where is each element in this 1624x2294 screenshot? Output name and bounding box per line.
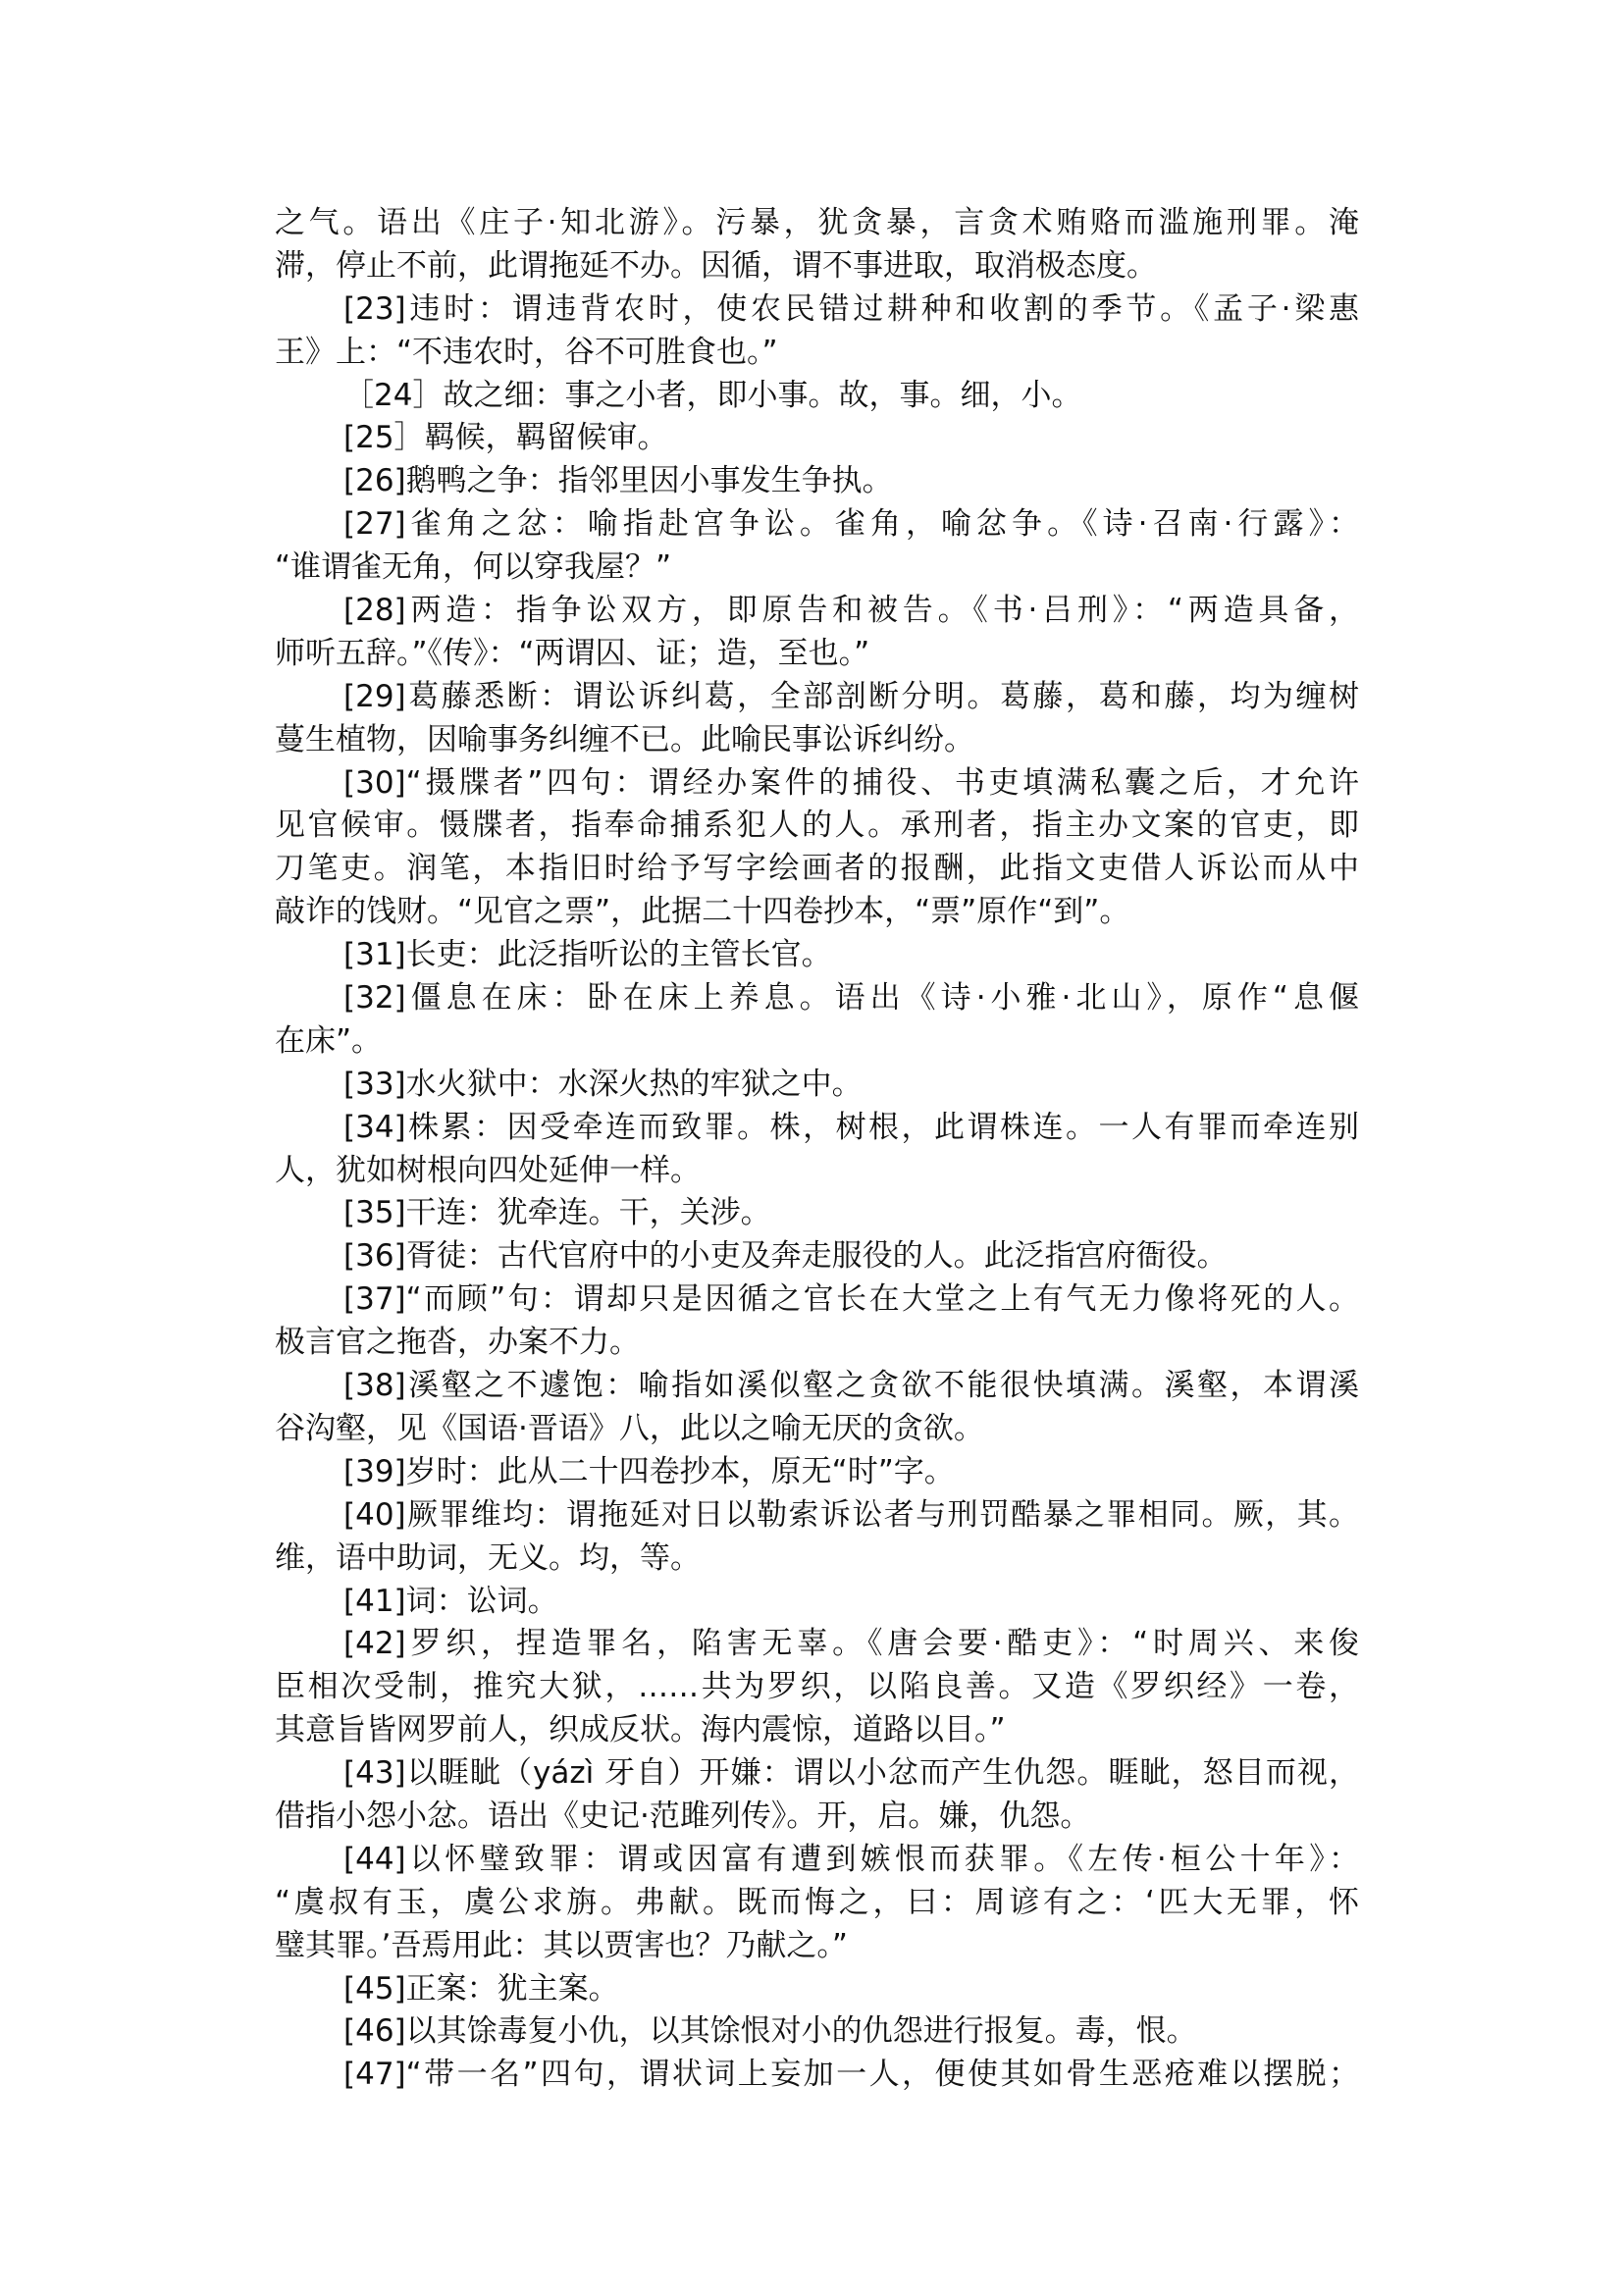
text-line: 敲诈的饯财。“见官之票”，此据二十四卷抄本，“票”原作“到”。 — [275, 891, 1359, 934]
text-line: [37]“而顾”句：谓却只是因循之官长在大堂之上有气无力像将死的人。 — [275, 1278, 1359, 1322]
text-line: [28]两造：指争讼双方，即原告和被告。《书·吕刑》：“两造具备， — [275, 590, 1359, 633]
text-line: “虞叔有玉，虞公求旃。弗献。既而悔之，曰：周谚有之：‘匹大无罪，怀 — [275, 1882, 1359, 1925]
text-line: [23]违时：谓违背农时，使农民错过耕种和收割的季节。《孟子·梁惠 — [275, 288, 1359, 332]
text-line: 借指小怨小忿。语出《史记·范雎列传》。开，启。嫌，仇怨。 — [275, 1796, 1359, 1839]
text-line: [34]株累：因受牵连而致罪。株，树根，此谓株连。一人有罪而牵连别 — [275, 1107, 1359, 1150]
text-line: 其意旨皆网罗前人，织成反状。海内震惊，道路以目。” — [275, 1709, 1359, 1752]
document-page: 之气。语出《庄子·知北游》。污暴，犹贪暴，言贪术贿赂而滥施刑罪。淹滞，停止不前，… — [275, 202, 1359, 2097]
text-line: 蔓生植物，因喻事务纠缠不已。此喻民事讼诉纠纷。 — [275, 719, 1359, 762]
text-line: [39]岁时：此从二十四卷抄本，原无“时”字。 — [275, 1451, 1359, 1494]
text-line: [25］羁候，羁留候审。 — [275, 417, 1359, 460]
text-line: [33]水火狱中：水深火热的牢狱之中。 — [275, 1064, 1359, 1107]
text-line: 极言官之拖沓，办案不力。 — [275, 1322, 1359, 1365]
text-line: “谁谓雀无角，何以穿我屋？” — [275, 547, 1359, 590]
text-line: 王》上：“不违农时，谷不可胜食也。” — [275, 332, 1359, 375]
text-line: [32]僵息在床：卧在床上养息。语出《诗·小雅·北山》，原作“息偃 — [275, 977, 1359, 1020]
text-line: [35]干连：犹牵连。干，关涉。 — [275, 1192, 1359, 1235]
text-line: [42]罗织，捏造罪名，陷害无辜。《唐会要·酷吏》：“时周兴、来俊 — [275, 1623, 1359, 1666]
text-line: [36]胥徒：古代官府中的小吏及奔走服役的人。此泛指宫府衙役。 — [275, 1235, 1359, 1278]
text-line: ［24］故之细：事之小者，即小事。故，事。细，小。 — [275, 375, 1359, 418]
text-line: [31]长吏：此泛指听讼的主管长官。 — [275, 934, 1359, 977]
text-line: 师听五辞。”《传》：“两谓囚、证；造，至也。” — [275, 633, 1359, 676]
text-line: [26]鹅鸭之争：指邻里因小事发生争执。 — [275, 460, 1359, 503]
text-line: [41]词：讼词。 — [275, 1581, 1359, 1624]
text-line: 刀笔吏。润笔，本指旧时给予写字绘画者的报酬，此指文吏借人诉讼而从中 — [275, 848, 1359, 891]
text-line: [44]以怀璧致罪：谓或因富有遭到嫉恨而获罪。《左传·桓公十年》： — [275, 1839, 1359, 1882]
text-line: 人，犹如树根向四处延伸一样。 — [275, 1150, 1359, 1193]
text-line: [46]以其馀毒复小仇，以其馀恨对小的仇怨进行报复。毒，恨。 — [275, 2010, 1359, 2054]
text-line: [29]葛藤悉断：谓讼诉纠葛，全部剖断分明。葛藤，葛和藤，均为缠树 — [275, 676, 1359, 719]
text-line: 在床”。 — [275, 1020, 1359, 1064]
text-line: [30]“摄牒者”四句：谓经办案件的捕役、书吏填满私囊之后，才允许 — [275, 762, 1359, 806]
text-line: 滞，停止不前，此谓拖延不办。因循，谓不事进取，取消极态度。 — [275, 245, 1359, 288]
text-line: [40]厥罪维均：谓拖延对日以勒索诉讼者与刑罚酷暴之罪相同。厥，其。 — [275, 1494, 1359, 1538]
text-line: [27]雀角之忿：喻指赴宫争讼。雀角，喻忿争。《诗·召南·行露》： — [275, 503, 1359, 547]
text-line: 之气。语出《庄子·知北游》。污暴，犹贪暴，言贪术贿赂而滥施刑罪。淹 — [275, 202, 1359, 245]
text-line: [45]正案：犹主案。 — [275, 1968, 1359, 2011]
text-line: [43]以睚眦（yázì 牙自）开嫌：谓以小忿而产生仇怨。睚眦，怒目而视， — [275, 1752, 1359, 1796]
text-line: [47]“带一名”四句，谓状词上妄加一人，便使其如骨生恶疮难以摆脱； — [275, 2054, 1359, 2097]
text-line: 维，语中助词，无义。均，等。 — [275, 1538, 1359, 1581]
text-line: [38]溪壑之不遽饱：喻指如溪似壑之贪欲不能很快填满。溪壑，本谓溪 — [275, 1365, 1359, 1408]
text-line: 谷沟壑，见《国语·晋语》八，此以之喻无厌的贪欲。 — [275, 1408, 1359, 1451]
text-line: 见官候审。慑牒者，指奉命捕系犯人的人。承刑者，指主办文案的官吏，即 — [275, 805, 1359, 848]
text-line: 臣相次受制，推究大狱，……共为罗织，以陷良善。又造《罗织经》一卷， — [275, 1666, 1359, 1709]
text-line: 璧其罪。’吾焉用此：其以贾害也？乃献之。” — [275, 1925, 1359, 1968]
